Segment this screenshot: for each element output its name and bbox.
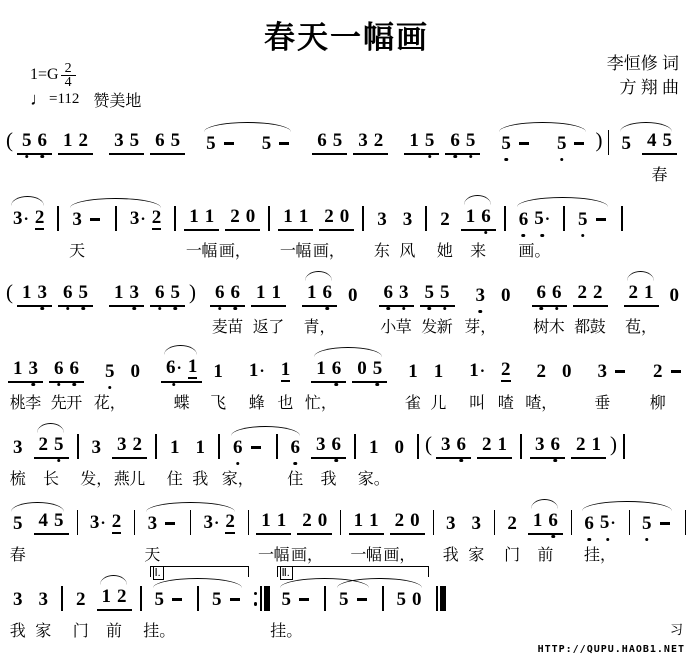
lyric: 我 xyxy=(443,542,459,565)
note-group: 45 xyxy=(34,510,69,535)
note: 3 xyxy=(29,358,39,379)
score-line: 5453·233·2112011203321665·5春天一幅画，一幅画，我家门… xyxy=(5,505,690,564)
note-group: 5 xyxy=(8,513,28,535)
note-group: 32 xyxy=(353,130,388,155)
note: 1 xyxy=(533,510,543,531)
slur-arc xyxy=(164,345,197,355)
note: 2 xyxy=(79,130,89,151)
duration-dash xyxy=(230,598,240,601)
note-group: 13 xyxy=(17,282,52,307)
note-group: 65· xyxy=(579,512,620,535)
note-group: 3·2 xyxy=(8,207,49,231)
note: 5 xyxy=(54,434,64,455)
note: 5 xyxy=(171,130,181,151)
note: 2 xyxy=(225,511,235,534)
lyric: 柳 xyxy=(650,390,666,413)
barline xyxy=(621,206,623,231)
note: 2 xyxy=(152,207,162,230)
sheet-music-page: 春天一幅画 李恒修 词 方 翔 曲 1=G 2 4 ♩ =112 赞美地 (56… xyxy=(0,0,693,661)
note: 3 xyxy=(358,130,368,151)
note: 5 xyxy=(262,133,272,154)
lyric: 住 xyxy=(167,466,183,489)
thick-bar xyxy=(440,586,446,611)
note: 5 xyxy=(54,510,64,531)
note: 1· xyxy=(469,360,485,382)
note-group: 6 xyxy=(228,437,268,459)
note: 2 xyxy=(629,282,639,303)
lyric: 幅 xyxy=(273,542,289,565)
lyrics-row: 春 xyxy=(5,162,690,184)
barline xyxy=(623,434,625,459)
note-group: 3 xyxy=(471,285,491,307)
note: 3 xyxy=(13,437,23,458)
key-label: 1=G xyxy=(30,66,59,84)
note-group: 0 xyxy=(390,437,410,459)
note: 6· xyxy=(166,357,182,379)
note-group: 20 xyxy=(390,510,425,535)
note-group: 1· xyxy=(464,360,490,383)
lyric: 前 xyxy=(106,618,122,641)
barline xyxy=(520,434,522,459)
note-group: 5 xyxy=(573,209,613,231)
note: 3 xyxy=(130,282,140,303)
note: 5 xyxy=(13,513,23,534)
note-group: 5 xyxy=(100,361,120,383)
note-group: 25 xyxy=(34,434,69,459)
lyric: 草 xyxy=(396,314,412,337)
duration-dash xyxy=(90,218,100,221)
note-group: 5 xyxy=(334,589,374,611)
note-group: 13 xyxy=(109,282,144,307)
note: 5 xyxy=(622,133,632,154)
lyric: 儿 xyxy=(430,390,446,413)
note-group: 3 xyxy=(372,209,392,231)
note-group: 5 xyxy=(257,133,297,155)
note: 5 xyxy=(642,513,652,534)
augmentation-dot: · xyxy=(259,363,264,380)
note-group: 3 xyxy=(34,589,54,611)
repeat-dots xyxy=(254,590,258,608)
note-group: 5 xyxy=(207,589,247,611)
note: 5 xyxy=(22,130,32,151)
note: 5 xyxy=(440,282,450,303)
note-group: 1 xyxy=(429,361,449,383)
rest-note: 0 xyxy=(246,206,256,227)
lyric: 我 xyxy=(10,618,26,641)
barline xyxy=(115,206,117,231)
lyric: 树 xyxy=(533,314,549,337)
open-paren-sign: ( xyxy=(5,280,14,305)
lyric: 住 xyxy=(287,466,303,489)
lyric: 花， xyxy=(94,390,126,413)
lyric: 李 xyxy=(25,390,41,413)
lyric: 前 xyxy=(537,542,553,565)
note-group: 2 xyxy=(502,513,522,535)
note-group: 11 xyxy=(184,206,219,231)
note-group: 65 xyxy=(312,130,347,155)
note-group: 35 xyxy=(109,130,144,155)
rest-note: 0 xyxy=(412,589,422,610)
note-group: 2 xyxy=(648,361,688,383)
thin-bar xyxy=(260,586,262,611)
lyric: 她 xyxy=(437,238,453,261)
duration-dash xyxy=(660,522,670,525)
barline xyxy=(563,206,565,231)
note-group: 16 xyxy=(311,358,346,383)
note: 6 xyxy=(155,282,165,303)
note: 1 xyxy=(102,586,112,607)
note-group: 3 xyxy=(467,513,487,535)
note: 3· xyxy=(130,208,146,230)
note: 6 xyxy=(584,513,594,534)
augmentation-dot: · xyxy=(480,363,485,380)
note: 3 xyxy=(39,589,49,610)
note: 3 xyxy=(399,282,409,303)
note-group: 1 xyxy=(191,437,211,459)
note-group: 22 xyxy=(573,282,608,307)
lyric: 儿 xyxy=(129,466,145,489)
thick-bar xyxy=(264,586,270,611)
slur-arc xyxy=(517,197,608,207)
note-group: 0 xyxy=(496,285,516,307)
note: 2 xyxy=(395,510,405,531)
lyric: 发 xyxy=(421,314,437,337)
note: 1 xyxy=(434,361,444,382)
note-group: 1 xyxy=(276,359,296,383)
note: 6 xyxy=(155,130,165,151)
note-group: 45 xyxy=(642,130,677,155)
lyric: 梳 xyxy=(10,466,26,489)
barline xyxy=(417,434,419,459)
note: 5 xyxy=(79,282,89,303)
lyric: 都 xyxy=(574,314,590,337)
note: 3 xyxy=(72,209,82,230)
duration-dash xyxy=(357,598,367,601)
slur-arc xyxy=(204,122,291,132)
note-group: 3·2 xyxy=(199,511,240,535)
note: 6 xyxy=(552,282,562,303)
note: 6 xyxy=(450,130,460,151)
note-group: 0 xyxy=(126,361,146,383)
note: 3 xyxy=(92,437,102,458)
lyric: 一 xyxy=(186,238,202,261)
note-group: 3 xyxy=(143,513,183,535)
lyric: 风 xyxy=(399,238,415,261)
note: 3 xyxy=(13,589,23,610)
rest-note: 0 xyxy=(340,206,350,227)
note-group: 55 xyxy=(420,282,455,307)
note: 3 xyxy=(441,434,451,455)
note-group: 2 xyxy=(532,361,552,383)
note: 5 xyxy=(339,589,349,610)
note: 6 xyxy=(457,434,467,455)
note-group: 66 xyxy=(49,358,84,383)
slur-arc xyxy=(531,499,558,509)
note: 2 xyxy=(593,282,603,303)
note: 1· xyxy=(249,360,265,382)
note: 1 xyxy=(283,206,293,227)
note-group: 12 xyxy=(97,586,132,611)
note: 2 xyxy=(440,209,450,230)
note: 3 xyxy=(446,513,456,534)
note: 3 xyxy=(535,434,545,455)
time-signature: 2 4 xyxy=(61,62,76,89)
duration-dash xyxy=(596,218,606,221)
note: 2 xyxy=(133,434,143,455)
duration-dash xyxy=(574,142,584,145)
meter-numerator: 2 xyxy=(61,62,76,76)
note-group: 6·1 xyxy=(161,356,202,383)
lyric: 家， xyxy=(222,466,254,489)
lyric: 天 xyxy=(69,238,85,261)
lyric: 麦 xyxy=(212,314,228,337)
note-group: 16 xyxy=(461,206,496,231)
note: 5 xyxy=(578,209,588,230)
note-group: 5 xyxy=(552,133,592,155)
volta-bracket: Ⅰ. xyxy=(150,566,249,577)
note: 6 xyxy=(231,282,241,303)
duration-dash xyxy=(279,142,289,145)
lyric: 雀 xyxy=(405,390,421,413)
note: 1 xyxy=(299,206,309,227)
note-group: 3 xyxy=(8,437,28,459)
note: 5 xyxy=(206,133,216,154)
note-group: 65 xyxy=(58,282,93,307)
score-line: 32533211663610(36213621)梳长发，燕儿住我家，住我家。 xyxy=(5,429,690,488)
note-group: 2 xyxy=(435,209,455,231)
augmentation-dot: · xyxy=(545,211,550,228)
barline xyxy=(268,206,270,231)
key-signature: 1=G 2 4 xyxy=(30,62,141,88)
footer: 习 HTTP://QUPU.HAOB1.NET xyxy=(538,619,685,657)
note-group: 36 xyxy=(436,434,471,459)
lyric: 鼓 xyxy=(590,314,606,337)
note-group: 65· xyxy=(514,208,555,231)
barline xyxy=(57,206,59,231)
note-group: 1 xyxy=(208,361,228,383)
volta-bracket: Ⅱ. xyxy=(277,566,429,577)
note: 6 xyxy=(519,209,529,230)
note: 6 xyxy=(215,282,225,303)
note: 1 xyxy=(592,434,602,455)
close-paren-sign: ) xyxy=(594,128,603,153)
note: 1 xyxy=(408,361,418,382)
lyric: 了 xyxy=(268,314,284,337)
note-group: 11 xyxy=(256,510,291,535)
barline xyxy=(197,586,199,611)
note-group: 3 xyxy=(593,361,633,383)
note: 2 xyxy=(501,359,511,382)
notes-row: 1366506·111·11605111·22032 xyxy=(5,353,690,383)
quarter-note-icon: ♩ xyxy=(30,89,48,110)
note: 5 xyxy=(212,589,222,610)
note: 1 xyxy=(189,206,199,227)
score-header: 1=G 2 4 ♩ =112 赞美地 xyxy=(30,62,141,110)
lyric: 忙， xyxy=(305,390,337,413)
notation-area: (56123565556532156555)545春3·233·21120112… xyxy=(5,108,690,647)
note: 2 xyxy=(35,207,45,230)
note: 5 xyxy=(105,361,115,382)
lyric: 挂。 xyxy=(143,618,175,641)
note: 6 xyxy=(70,358,80,379)
note-group: 36 xyxy=(530,434,565,459)
note-group: 16 xyxy=(528,510,563,535)
lyric: 天 xyxy=(144,542,160,565)
note: 3 xyxy=(598,361,608,382)
note-group: 3 xyxy=(8,589,28,611)
slur-arc xyxy=(314,347,382,357)
note: 5 xyxy=(501,133,511,154)
lyric: 家。 xyxy=(358,466,390,489)
note: 1 xyxy=(188,356,198,379)
note-group: 5 xyxy=(496,133,536,155)
note-group: 5 xyxy=(637,513,677,535)
lyric: 幅 xyxy=(366,542,382,565)
note-group: 3 xyxy=(398,209,418,231)
duration-dash xyxy=(299,598,309,601)
note-group: 1· xyxy=(244,360,270,383)
rest-note: 0 xyxy=(131,361,141,382)
slur-arc xyxy=(499,122,586,132)
note: 2 xyxy=(374,130,384,151)
lyricist-credit: 李恒修 词 xyxy=(607,52,679,76)
note: 3· xyxy=(90,512,106,534)
barline xyxy=(140,586,142,611)
note: 5 xyxy=(397,589,407,610)
lyric: 幅 xyxy=(201,238,217,261)
slur-arc xyxy=(153,578,242,588)
repeat-barline xyxy=(254,586,270,611)
lyric: 苞， xyxy=(625,314,657,337)
note: 2 xyxy=(537,361,547,382)
note-group: 3·2 xyxy=(125,207,166,231)
lyric: 返 xyxy=(253,314,269,337)
note: 1 xyxy=(277,510,287,531)
watermark-glyph: 习 xyxy=(538,619,683,638)
note: 2 xyxy=(117,586,127,607)
note-group: 21 xyxy=(477,434,512,459)
lyric: 蜂 xyxy=(249,390,265,413)
close-paren-sign: ) xyxy=(609,432,618,457)
note: 5 xyxy=(333,130,343,151)
slur-arc xyxy=(70,198,161,208)
note: 5 xyxy=(155,589,165,610)
score-line: 3·233·2112011203321665·5天一幅画，一幅画，东风她来画。 xyxy=(5,201,690,260)
lyric: 开 xyxy=(66,390,82,413)
augmentation-dot: · xyxy=(177,360,182,377)
note-group: 0 xyxy=(665,285,685,307)
score-line: (56123565556532156555)545春 xyxy=(5,125,690,184)
slur-arc xyxy=(582,501,671,511)
lyrics-row: 梳长发，燕儿住我家，住我家。 xyxy=(5,466,690,488)
note-group: 65 xyxy=(150,282,185,307)
slur-arc xyxy=(305,271,332,281)
barline xyxy=(362,206,364,231)
augmentation-dot: · xyxy=(24,211,29,228)
note: 6 xyxy=(537,282,547,303)
barline xyxy=(77,434,79,459)
note: 1 xyxy=(307,282,317,303)
note: 1 xyxy=(196,437,206,458)
note-group: 36 xyxy=(311,434,346,459)
open-paren-sign: ( xyxy=(424,432,433,457)
note: 6 xyxy=(548,510,558,531)
note-group: 5 xyxy=(617,133,637,155)
thin-bar xyxy=(436,586,438,611)
barline xyxy=(218,434,220,459)
note: 6 xyxy=(481,206,491,227)
final-barline xyxy=(434,586,446,611)
note: 2 xyxy=(324,206,334,227)
note: 5 xyxy=(171,282,181,303)
slur-arc xyxy=(620,122,673,132)
source-url: HTTP://QUPU.HAOB1.NET xyxy=(538,644,685,655)
note-group: 5 xyxy=(150,589,190,611)
rest-note: 0 xyxy=(562,361,572,382)
notes-row: (56123565556532156555)545 xyxy=(5,125,690,155)
note-group: 16 xyxy=(302,282,337,307)
lyric: 小 xyxy=(380,314,396,337)
barline xyxy=(174,206,176,231)
lyric: 画， xyxy=(383,542,415,565)
rest-note: 0 xyxy=(501,285,511,306)
note-group: 66 xyxy=(210,282,245,307)
note-group: 20 xyxy=(225,206,260,231)
note: 1 xyxy=(369,510,379,531)
meter-denominator: 4 xyxy=(61,76,76,89)
lyric: 一 xyxy=(258,542,274,565)
composer-credit: 方 翔 曲 xyxy=(607,76,679,100)
lyrics-row: 天一幅画，一幅画，东风她来画。 xyxy=(5,238,690,260)
lyric: 苗 xyxy=(227,314,243,337)
notes-row: (13651365)66111606355306622210 xyxy=(5,277,690,307)
slur-arc xyxy=(231,426,300,436)
slur-arc xyxy=(464,195,491,205)
lyrics-row: 桃李先开花，蝶飞蜂也忙，雀儿叫喳喳，垂柳 xyxy=(5,390,690,412)
tempo-value: =112 xyxy=(49,91,79,108)
note: 6 xyxy=(63,282,73,303)
rest-note: 0 xyxy=(348,285,358,306)
note-group: 6 xyxy=(286,437,306,459)
note: 6 xyxy=(332,434,342,455)
slur-arc xyxy=(100,575,127,585)
note: 3 xyxy=(38,282,48,303)
lyric: 家 xyxy=(35,618,51,641)
note: 2 xyxy=(39,434,49,455)
note-group: 11 xyxy=(278,206,313,231)
note: 2 xyxy=(653,361,663,382)
note: 2 xyxy=(482,434,492,455)
note: 5 xyxy=(373,358,383,379)
slur-arc xyxy=(11,502,64,512)
note: 1 xyxy=(63,130,73,151)
lyric: 飞 xyxy=(210,390,226,413)
note: 6 xyxy=(384,282,394,303)
lyric: 先 xyxy=(51,390,67,413)
notes-row: 32533211663610(36213621) xyxy=(5,429,690,459)
note: 5 xyxy=(425,282,435,303)
note: 2 xyxy=(578,282,588,303)
rest-note: 0 xyxy=(357,358,367,379)
score-line: 1366506·111·11605111·22032桃李先开花，蝶飞蜂也忙，雀儿… xyxy=(5,353,690,412)
note-group: 13 xyxy=(8,358,43,383)
lyric: 青， xyxy=(303,314,335,337)
lyric: 春 xyxy=(10,542,26,565)
volta-label: Ⅰ. xyxy=(153,567,164,580)
lyric: 门 xyxy=(504,542,520,565)
note: 1 xyxy=(261,510,271,531)
note: 1 xyxy=(281,359,291,382)
